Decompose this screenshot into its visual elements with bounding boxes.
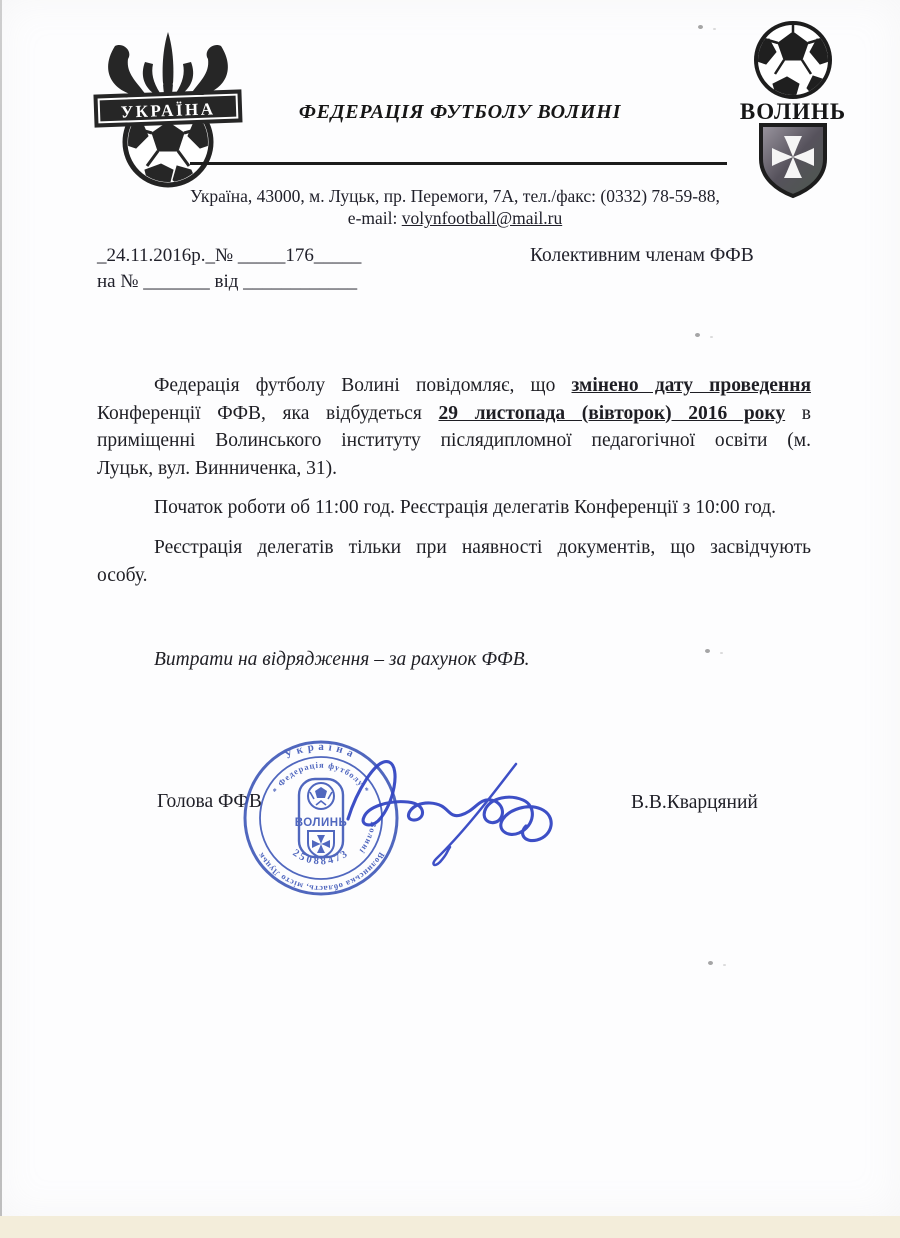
paragraph-registration: Реєстрація делегатів тільки при наявност… (97, 534, 811, 589)
emphasis-date-changed: змінено дату проведення (572, 375, 812, 396)
scan-speck (695, 333, 700, 337)
paragraph-line: Луцьк, вул. Винниченка, 31). (97, 455, 811, 483)
letterhead-rule (190, 162, 727, 165)
scan-edge-artifact (0, 0, 2, 1216)
stamp-cross-icon (312, 835, 330, 853)
signer-name: В.В.Кварцяний (631, 792, 758, 814)
scan-speck (705, 649, 710, 653)
reply-reference: на № _______ від ____________ (97, 271, 357, 293)
letter-page: УКРАЇНА ВО (0, 0, 900, 1216)
paragraph-schedule: Початок роботи об 11:00 год. Реєстрація … (97, 494, 811, 522)
scan-speck (708, 961, 713, 965)
doc-date-number: _24.11.2016р._№ _____176_____ (97, 245, 361, 267)
email-label: e-mail: (348, 208, 402, 228)
volyn-logo: ВОЛИНЬ (733, 18, 853, 200)
scan-speck (698, 25, 703, 29)
emphasis-new-date: 29 листопада (вівторок) 2016 року (438, 403, 785, 424)
paragraph-announcement: Федерація футболу Волині повідомляє, що … (97, 372, 811, 482)
expenses-note: Витрати на відрядження – за рахунок ФФВ. (97, 646, 811, 674)
paragraph-line: особу. (97, 562, 811, 590)
letterhead-email-line: e-mail: volynfootball@mail.ru (95, 208, 815, 229)
addressee: Колективним членам ФФВ (530, 245, 754, 267)
paragraph-line: Реєстрація делегатів тільки при наявност… (97, 534, 811, 562)
paragraph-line: Федерація футболу Волині повідомляє, що … (97, 372, 811, 400)
letterhead-title: ФЕДЕРАЦІЯ ФУТБОЛУ ВОЛИНІ (200, 101, 720, 124)
handwritten-signature (330, 733, 580, 885)
football-icon (754, 20, 832, 100)
trident-icon (108, 32, 228, 95)
scanned-letter: { "header": { "title": "ФЕДЕРАЦІЯ ФУТБОЛ… (0, 0, 900, 1238)
volyn-logo-text: ВОЛИНЬ (740, 99, 846, 124)
paragraph-line: приміщенні Волинського інституту післяди… (97, 427, 811, 455)
email-address: volynfootball@mail.ru (402, 208, 562, 228)
paragraph-line: Конференції ФФВ, яка відбудеться 29 лист… (97, 400, 811, 428)
letterhead-address: Україна, 43000, м. Луцьк, пр. Перемоги, … (95, 186, 815, 207)
